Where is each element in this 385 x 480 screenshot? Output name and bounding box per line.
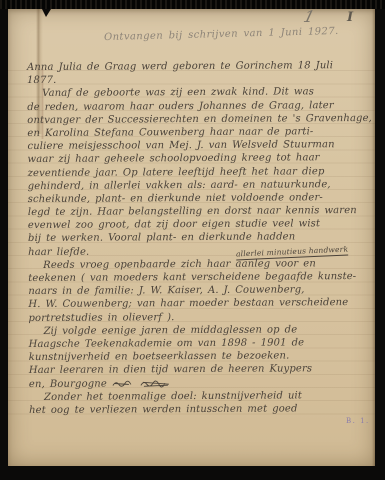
manuscript-line: evenwel zoo groot, dat zij door eigen st… — [28, 217, 371, 232]
manuscript-page: 1 I Ontvangen bij schrijven van 1 Juni 1… — [8, 9, 375, 466]
paper-top-edge-notch — [42, 9, 51, 17]
page-number-pencil: 1 — [302, 7, 317, 26]
manuscript-line: Anna Julia de Graag werd geboren te Gori… — [27, 59, 370, 74]
manuscript-line: het oog te verliezen werden intusschen m… — [29, 402, 372, 417]
manuscript-line-text: en, Bourgogne — [29, 378, 107, 389]
paper-right-edge-shadow — [372, 9, 375, 466]
photographed-manuscript: { "doc": { "header_note": "Ontvangen bij… — [0, 0, 385, 480]
page-number-roman: I — [347, 10, 353, 25]
manuscript-body: Anna Julia de Graag werd geboren te Gori… — [27, 59, 372, 417]
manuscript-line: ontvanger der Successierechten en domein… — [27, 112, 370, 127]
scratched-out-word — [111, 378, 173, 389]
archive-stamp: B. 1. — [346, 417, 370, 425]
received-date-note: Ontvangen bij schrijven van 1 Juni 1927. — [104, 26, 339, 43]
manuscript-line: H. W. Couwenberg; van haar moeder bestaa… — [28, 296, 371, 311]
manuscript-line: teekenen ( van moeders kant verscheidene… — [28, 270, 371, 285]
photo-film-edge — [0, 0, 385, 9]
